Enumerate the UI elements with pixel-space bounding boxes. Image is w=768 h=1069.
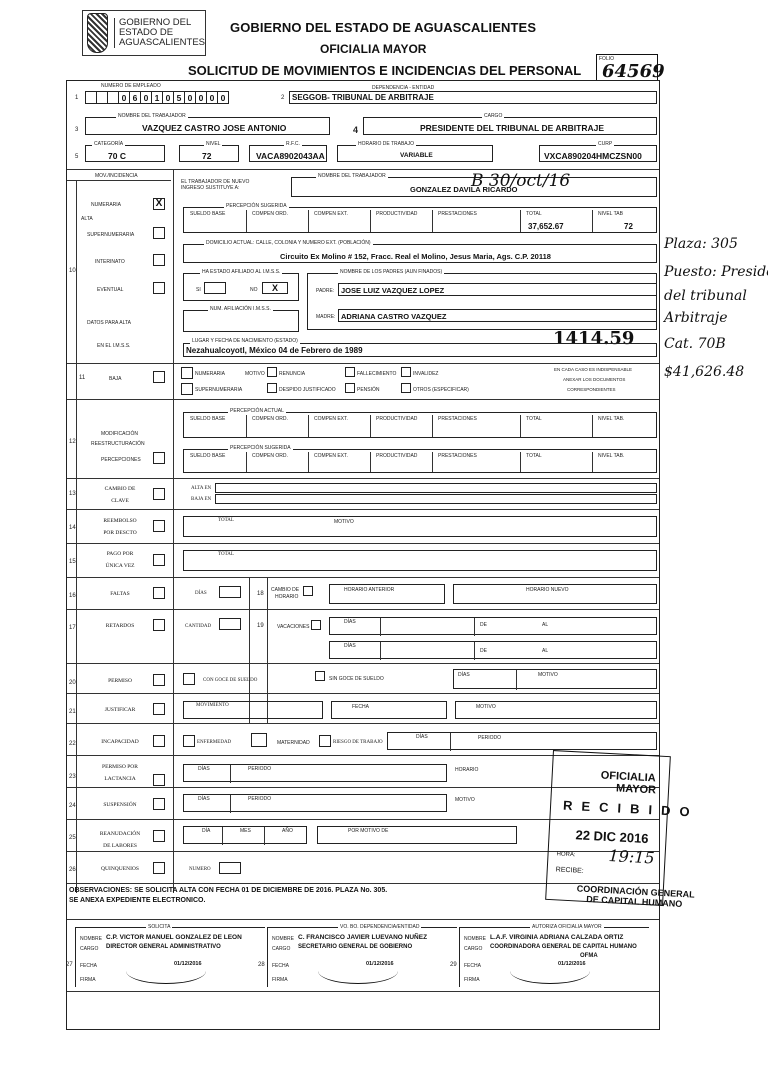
percepcion-sugerida-columns: SUELDO BASECOMPEN ORD.COMPEN EXT.PRODUCT… xyxy=(184,450,656,472)
percepcion-sugerida-mod-table: PERCEPCIÓN SUGERIDA SUELDO BASECOMPEN OR… xyxy=(183,449,657,473)
divider xyxy=(67,509,659,510)
faltas-checkbox[interactable] xyxy=(153,587,165,599)
invalidez-checkbox[interactable] xyxy=(401,367,411,377)
eventual-label: EVENTUAL xyxy=(97,287,123,293)
motivo-label: MOTIVO xyxy=(334,519,354,525)
invalidez-label: INVALIDEZ xyxy=(413,371,438,377)
si-label: SI xyxy=(196,287,201,293)
riesgo-label: RIESGO DE TRABAJO xyxy=(333,740,383,745)
handwritten-note: B 30/oct/16 xyxy=(471,171,570,191)
row-number: 15 xyxy=(69,559,76,565)
nombre-label: NOMBRE xyxy=(464,936,486,942)
field-label: FECHA xyxy=(352,704,369,710)
field-label: DÍAS xyxy=(198,766,210,772)
motivo-label: MOTIVO xyxy=(245,371,265,377)
reembolso-label: POR DESCTO xyxy=(85,527,155,539)
margin-note: del tribunal xyxy=(664,288,747,304)
row-number: 28 xyxy=(258,962,265,968)
fecha-label: FECHA xyxy=(464,963,481,969)
field-label: MOVIMIENTO xyxy=(196,703,229,708)
row-number: 3 xyxy=(75,127,78,133)
row-number: 14 xyxy=(69,525,76,531)
faltas-label: FALTAS xyxy=(85,588,155,600)
nombre-label: NOMBRE xyxy=(272,936,294,942)
column-divider xyxy=(520,210,521,232)
field-label: HORARIO ANTERIOR xyxy=(344,587,394,593)
quinquenios-numero-field[interactable] xyxy=(219,862,241,874)
numeraria-label: NUMERARIA xyxy=(91,202,121,208)
column-header: COMPEN ORD. xyxy=(252,453,288,459)
field-label: HORARIO DE TRABAJO xyxy=(356,141,416,147)
incapacidad-label: INCAPACIDAD xyxy=(85,736,155,748)
column-divider xyxy=(308,210,309,232)
row-number: 19 xyxy=(257,623,264,629)
column-divider xyxy=(592,452,593,472)
divider xyxy=(67,180,171,181)
padre-label: PADRE: xyxy=(316,288,334,294)
field-label: NOMBRE DE LOS PADRES (AUN FINADOS) xyxy=(338,269,444,275)
divider xyxy=(67,991,659,992)
lactancia-label: PERMISO POR xyxy=(85,761,155,773)
employee-digit: 0 xyxy=(218,92,229,104)
nacimiento-field[interactable]: LUGAR Y FECHA DE NACIMIENTO (ESTADO) Nez… xyxy=(183,343,657,357)
employee-digit xyxy=(97,92,108,104)
column-divider xyxy=(246,415,247,437)
logo-text: GOBIERNO DEL ESTADO DE AGUASCALIENTES xyxy=(114,18,205,48)
percepcion-columns: SUELDO BASECOMPEN ORD.COMPEN EXT.PRODUCT… xyxy=(184,208,656,232)
fecha-label: FECHA xyxy=(80,963,97,969)
baja-note: EN CADA CASO ES INDISPENSABLE xyxy=(554,367,632,372)
quinquenios-checkbox[interactable] xyxy=(153,862,165,874)
supernumeraria-checkbox[interactable] xyxy=(153,227,165,239)
sin-goce-checkbox[interactable] xyxy=(315,671,325,681)
observaciones-line-2: SE ANEXA EXPEDIENTE ELECTRONICO. xyxy=(69,897,205,904)
column-divider xyxy=(592,210,593,232)
row-number: 4 xyxy=(353,125,358,135)
baja-en-field[interactable] xyxy=(215,494,657,504)
field-label: DÍAS xyxy=(458,672,470,678)
page-title: GOBIERNO DEL ESTADO DE AGUASCALIENTES xyxy=(230,20,536,35)
pension-checkbox[interactable] xyxy=(345,383,355,393)
column-divider xyxy=(520,415,521,437)
signature-scribble xyxy=(510,958,590,984)
signature-block: Vo. Bo. DEPENDENCIA/ENTIDADNOMBREC. FRAN… xyxy=(267,927,457,987)
worker-name-field[interactable]: NOMBRE DEL TRABAJADOR VAZQUEZ CASTRO JOS… xyxy=(85,117,330,135)
con-goce-checkbox[interactable] xyxy=(183,673,195,685)
employee-digit xyxy=(86,92,97,104)
domicilio-value: Circuito Ex Molino # 152, Fracc. Real el… xyxy=(280,252,551,261)
vacaciones-label: VACACIONES xyxy=(277,624,309,630)
field-label: HORARIO NUEVO xyxy=(526,587,569,593)
modificacion-label: MODIFICACIÓN xyxy=(101,431,138,437)
baja-checkbox[interactable] xyxy=(153,371,165,383)
horario-anterior-field[interactable]: HORARIO ANTERIOR xyxy=(329,584,445,604)
field-label: MOTIVO xyxy=(538,672,558,678)
column-header: PRODUCTIVIDAD xyxy=(376,416,417,422)
stamp-text: RECIBIDO xyxy=(563,798,699,820)
de-label: DE xyxy=(480,622,487,628)
padres-section: NOMBRE DE LOS PADRES (AUN FINADOS) PADRE… xyxy=(307,273,657,330)
divider xyxy=(67,693,659,694)
pago-unica-field[interactable]: TOTAL xyxy=(183,550,657,571)
stamp-text: MAYOR xyxy=(616,782,657,796)
firma-label: FIRMA xyxy=(272,977,288,983)
justificar-checkbox[interactable] xyxy=(153,703,165,715)
column-divider xyxy=(432,210,433,232)
field-label: NOMBRE DEL TRABAJADOR xyxy=(316,173,388,179)
divider xyxy=(67,663,659,664)
signature-scribble xyxy=(318,958,398,984)
column-divider xyxy=(308,415,309,437)
quinquenios-label: QUINQUENIOS xyxy=(85,863,155,875)
fecha-label: FECHA xyxy=(272,963,289,969)
row-number: 2 xyxy=(281,95,284,101)
baja-supernumeraria-label: SUPERNUMERARIA xyxy=(195,387,242,393)
field-label: NUM. AFILIACIÓN I.M.S.S. xyxy=(208,306,273,312)
reembolso-label: REEMBOLSO xyxy=(85,515,155,527)
faltas-dias-field[interactable] xyxy=(219,586,241,598)
field-label: HA ESTADO AFILIADO AL I.M.S.S. xyxy=(200,269,282,275)
column-divider xyxy=(516,670,517,690)
incapacidad-checkbox[interactable] xyxy=(153,735,165,747)
eventual-checkbox[interactable] xyxy=(153,282,165,294)
employee-digit: 0 xyxy=(141,92,152,104)
signature-header: AUTORIZA OFICIALIA MAYOR xyxy=(530,924,604,930)
row-number: 17 xyxy=(69,625,76,631)
lactancia-checkbox[interactable] xyxy=(153,774,165,786)
baja-numeraria-checkbox[interactable] xyxy=(181,367,193,379)
row-number: 21 xyxy=(69,709,76,715)
justificar-label: JUSTIFICAR xyxy=(85,704,155,716)
divider xyxy=(67,543,659,544)
padre-field[interactable]: JOSE LUIZ VAZQUEZ LOPEZ xyxy=(338,283,656,296)
sustituye-label: EL TRABAJADOR DE NUEVO INGRESO SUSTITUYE… xyxy=(181,179,261,191)
retardos-cantidad-field[interactable] xyxy=(219,618,241,630)
baja-numeraria-label: NUMERARIA xyxy=(195,371,225,377)
column-divider xyxy=(432,452,433,472)
enfermedad-checkbox[interactable] xyxy=(183,735,195,747)
worker-name-value: VAZQUEZ CASTRO JOSE ANTONIO xyxy=(142,123,286,133)
domicilio-field[interactable]: DOMICILIO ACTUAL: CALLE, COLONIA Y NUMER… xyxy=(183,244,657,263)
field-label: DÍA xyxy=(202,828,210,834)
divider xyxy=(67,577,659,578)
datos-alta-label: DATOS PARA ALTA xyxy=(87,320,131,326)
row-number: 23 xyxy=(69,774,76,780)
folio-value: 64569 xyxy=(602,61,665,82)
al-label: AL xyxy=(542,648,548,654)
firma-label: FIRMA xyxy=(464,977,480,983)
margin-note: Puesto: Presidente xyxy=(664,264,768,280)
column-header: NIVEL TAB. xyxy=(598,453,624,459)
divider xyxy=(67,399,659,400)
nacimiento-value: Nezahualcoyotl, México 04 de Febrero de … xyxy=(186,346,363,355)
baja-en-label: BAJA EN xyxy=(191,497,211,502)
row-number: 16 xyxy=(69,593,76,599)
row-number: 27 xyxy=(66,962,73,968)
column-header: NIVEL TAB xyxy=(598,211,623,217)
column-divider xyxy=(474,618,475,636)
signature-scribble xyxy=(126,958,206,984)
column-header: PRESTACIONES xyxy=(438,453,477,459)
imss-afiliado-field: HA ESTADO AFILIADO AL I.M.S.S. SI NO X xyxy=(183,273,299,301)
row-number: 26 xyxy=(69,867,76,873)
row-number: 29 xyxy=(450,962,457,968)
employee-number-digits: 0601050000 xyxy=(85,91,229,104)
column-divider xyxy=(370,452,371,472)
employee-digit: 0 xyxy=(207,92,218,104)
reembolso-field[interactable]: TOTAL MOTIVO xyxy=(183,516,657,537)
cambio-horario-label: HORARIO xyxy=(275,594,298,600)
vacaciones-field-2[interactable]: DÍAS DE AL xyxy=(329,641,657,659)
field-label: LUGAR Y FECHA DE NACIMIENTO (ESTADO) xyxy=(190,338,300,344)
field-label: POR MOTIVO DE xyxy=(348,828,388,834)
column-header: COMPEN ORD. xyxy=(252,416,288,422)
row-number: 25 xyxy=(69,835,76,841)
margin-note: Cat. 70B xyxy=(664,336,726,352)
rfc-value: VACA8902043AA xyxy=(256,151,325,161)
employee-digit: 0 xyxy=(196,92,207,104)
con-goce-label: CON GOCE DE SUELDO xyxy=(203,678,257,683)
row-number: 12 xyxy=(69,439,76,445)
margin-note: Plaza: 305 xyxy=(664,236,738,252)
employee-number-field[interactable]: NUMERO DE EMPLEADO 0601050000 xyxy=(85,87,250,103)
suspension-field[interactable]: DÍAS PERIODO xyxy=(183,794,447,812)
field-label: PERIODO xyxy=(248,766,271,772)
horario-field[interactable]: HORARIO DE TRABAJO VARIABLE xyxy=(337,145,493,162)
signature-block: AUTORIZA OFICIALIA MAYORNOMBREL.A.F. VIR… xyxy=(459,927,649,987)
employee-digit: 1 xyxy=(152,92,163,104)
fecha-field[interactable]: FECHA xyxy=(331,701,447,719)
employee-digit: 0 xyxy=(163,92,174,104)
imss-si-checkbox[interactable] xyxy=(204,282,226,294)
incapacidad-field[interactable]: DÍAS PERIODO xyxy=(387,732,657,750)
horario-label: HORARIO xyxy=(455,767,478,773)
field-label: AÑO xyxy=(282,828,293,834)
reanudacion-checkbox[interactable] xyxy=(153,830,165,842)
reestructuracion-label: REESTRUCTURACIÓN xyxy=(91,441,145,447)
permiso-checkbox[interactable] xyxy=(153,674,165,686)
row-number: 5 xyxy=(75,154,78,160)
cambio-horario-checkbox[interactable] xyxy=(303,586,313,596)
nivel-tab-value: 72 xyxy=(624,222,633,231)
madre-label: MADRE: xyxy=(316,314,335,320)
vacaciones-field-1[interactable]: DÍAS DE AL xyxy=(329,617,657,635)
movimiento-field[interactable]: MOVIMIENTO xyxy=(183,701,323,719)
cargo-field[interactable]: CARGO PRESIDENTE DEL TRIBUNAL DE ARBITRA… xyxy=(363,117,657,135)
justificar-motivo-field[interactable]: MOTIVO xyxy=(455,701,657,719)
cantidad-label: CANTIDAD xyxy=(185,624,211,629)
column-header: TOTAL xyxy=(526,416,542,422)
reanudacion-label: REANUDACIÓN xyxy=(85,828,155,840)
stamp-hora-label: HORA: xyxy=(556,851,575,858)
field-label: NIVEL xyxy=(204,141,222,147)
row-number: 1 xyxy=(75,95,78,101)
imss-no-checkbox[interactable]: X xyxy=(262,282,288,294)
cambio-clave-label: CLAVE xyxy=(85,495,155,507)
madre-field[interactable]: ADRIANA CASTRO VAZQUEZ xyxy=(338,309,656,322)
maternidad-label: MATERNIDAD xyxy=(277,740,310,746)
signer-name: C.P. VICTOR MANUEL GONZALEZ DE LEON xyxy=(106,934,242,941)
row-number: 22 xyxy=(69,741,76,747)
lactancia-field[interactable]: DÍAS PERIODO xyxy=(183,764,447,782)
cargo-value: PRESIDENTE DEL TRIBUNAL DE ARBITRAJE xyxy=(420,123,604,133)
signer-name: L.A.F. VIRGINIA ADRIANA CALZADA ORTIZ xyxy=(490,934,623,941)
employee-digit: 0 xyxy=(185,92,196,104)
total-label: TOTAL xyxy=(218,518,234,523)
suspension-checkbox[interactable] xyxy=(153,798,165,810)
row-number: 13 xyxy=(69,491,76,497)
retardos-checkbox[interactable] xyxy=(153,619,165,631)
column-header: COMPEN ORD. xyxy=(252,211,288,217)
nivel-value: 72 xyxy=(202,151,211,161)
divider xyxy=(67,723,659,724)
numeraria-checkbox[interactable]: X xyxy=(153,198,165,210)
modificacion-checkbox[interactable] xyxy=(153,452,165,464)
renuncia-label: RENUNCIA xyxy=(279,371,305,377)
divider xyxy=(67,478,659,479)
column-header: TOTAL xyxy=(526,453,542,459)
stamp-hora: 19:15 xyxy=(608,846,655,867)
signer-cargo: DIRECTOR GENERAL ADMINISTRATIVO xyxy=(106,944,221,950)
field-label: CARGO xyxy=(482,113,504,119)
baja-supernumeraria-checkbox[interactable] xyxy=(181,383,193,395)
despido-checkbox[interactable] xyxy=(267,383,277,393)
employee-digit xyxy=(108,92,119,104)
signer-cargo: COORDINADORA GENERAL DE CAPITAL HUMANO xyxy=(490,944,637,950)
divider xyxy=(67,363,659,364)
field-label: CURP xyxy=(596,141,614,147)
cambio-clave-label: CAMBIO DE xyxy=(85,483,155,495)
horario-value: VARIABLE xyxy=(400,152,433,159)
signer-cargo-2: OFMA xyxy=(580,953,598,959)
field-label: PERIODO xyxy=(248,796,271,802)
margin-note: $41,626.48 xyxy=(664,364,744,380)
categoria-value: 70 C xyxy=(108,151,126,161)
field-label: PERIODO xyxy=(478,735,501,741)
received-stamp: OFICIALIA MAYOR RECIBIDO 22 DIC 2016 HOR… xyxy=(545,750,671,906)
field-label: NOMBRE DEL TRABAJADOR xyxy=(116,113,188,119)
retardos-label: RETARDOS xyxy=(85,620,155,632)
column-header: PRODUCTIVIDAD xyxy=(376,453,417,459)
employee-digit: 5 xyxy=(174,92,185,104)
total-label: TOTAL xyxy=(218,552,234,557)
mov-incidencia-header: MOV./INCIDENCIA xyxy=(95,173,138,179)
column-divider xyxy=(173,169,174,893)
dias-label: DÍAS xyxy=(195,591,207,596)
maternidad-checkbox[interactable] xyxy=(251,733,267,747)
cambio-clave-checkbox[interactable] xyxy=(153,488,165,500)
column-header: TOTAL xyxy=(526,211,542,217)
column-header: SUELDO BASE xyxy=(190,211,225,217)
stamp-date: 22 DIC 2016 xyxy=(575,827,649,846)
column-divider xyxy=(450,733,451,751)
reembolso-checkbox[interactable] xyxy=(153,520,165,532)
imss-label: EN EL I.M.S.S. xyxy=(97,343,130,349)
motivo-label: MOTIVO xyxy=(455,797,475,803)
column-header: COMPEN EXT. xyxy=(314,453,348,459)
pension-label: PENSIÓN xyxy=(357,387,380,393)
signature-header: SOLICITA xyxy=(146,924,172,930)
renuncia-checkbox[interactable] xyxy=(267,367,277,377)
por-motivo-field[interactable]: POR MOTIVO DE xyxy=(317,826,517,844)
column-divider xyxy=(380,642,381,660)
column-header: SUELDO BASE xyxy=(190,416,225,422)
rfc-field[interactable]: R.F.C. VACA8902043AA xyxy=(249,145,327,162)
percepcion-sugerida-table: PERCEPCIÓN SUGERIDA SUELDO BASECOMPEN OR… xyxy=(183,207,657,233)
page-subtitle: OFICIALIA MAYOR xyxy=(320,42,426,56)
row-number: 10 xyxy=(69,268,76,274)
pago-unica-checkbox[interactable] xyxy=(153,554,165,566)
supernumeraria-label: SUPERNUMERARIA xyxy=(87,232,134,238)
signer-name: C. FRANCISCO JAVIER LUEVANO NUÑEZ xyxy=(298,934,427,941)
stamp-recibe-label: RECIBE: xyxy=(556,866,584,874)
vacaciones-checkbox[interactable] xyxy=(311,620,321,630)
baja-label: BAJA xyxy=(109,376,122,382)
enfermedad-label: ENFERMEDAD xyxy=(197,740,231,745)
suspension-label: SUSPENSIÓN xyxy=(85,799,155,811)
column-header: NIVEL TAB. xyxy=(598,416,624,422)
alta-en-label: ALTA EN xyxy=(191,486,211,491)
curp-value: VXCA890204HMCZSN00 xyxy=(544,151,642,161)
alta-label: ALTA xyxy=(81,216,93,222)
alta-en-field[interactable] xyxy=(215,483,657,493)
numero-label: NUMERO xyxy=(189,867,211,872)
column-divider xyxy=(520,452,521,472)
lactancia-label: LACTANCIA xyxy=(85,773,155,785)
afiliacion-field[interactable]: NUM. AFILIACIÓN I.M.S.S. xyxy=(183,310,299,332)
employee-digit: 0 xyxy=(119,92,130,104)
government-logo: GOBIERNO DEL ESTADO DE AGUASCALIENTES xyxy=(82,10,206,56)
curp-field[interactable]: CURP VXCA890204HMCZSN00 xyxy=(539,145,657,162)
cargo-label: CARGO xyxy=(464,946,482,952)
signature-block: SOLICITANOMBREC.P. VICTOR MANUEL GONZALE… xyxy=(75,927,265,987)
dependencia-field[interactable]: DEPENDENCIA - ENTIDAD SEGGOB- TRIBUNAL D… xyxy=(289,91,657,104)
employee-digit: 6 xyxy=(130,92,141,104)
percepcion-actual-table: PERCEPCIÓN ACTUAL SUELDO BASECOMPEN ORD.… xyxy=(183,412,657,438)
total-value: 37,652.67 xyxy=(528,222,564,231)
column-divider xyxy=(308,452,309,472)
categoria-field[interactable]: CATEGORÍA 70 C xyxy=(85,145,165,162)
folio-box: FOLIO 64569 xyxy=(596,54,658,81)
permiso-label: PERMISO xyxy=(85,675,155,687)
reanudacion-fecha-field[interactable]: DÍA MES AÑO xyxy=(183,826,307,844)
otros-checkbox[interactable] xyxy=(401,383,411,393)
padre-value: JOSE LUIZ VAZQUEZ LOPEZ xyxy=(341,286,444,295)
divider xyxy=(67,919,659,920)
dependencia-value: SEGGOB- TRIBUNAL DE ARBITRAJE xyxy=(292,93,434,102)
fallecimiento-checkbox[interactable] xyxy=(345,367,355,377)
pago-unica-label: ÚNICA VEZ xyxy=(85,560,155,572)
pago-unica-label: PAGO POR xyxy=(85,548,155,560)
nivel-field[interactable]: NIVEL 72 xyxy=(179,145,239,162)
cargo-label: CARGO xyxy=(272,946,290,952)
interinato-checkbox[interactable] xyxy=(153,254,165,266)
permiso-field[interactable]: DÍAS MOTIVO xyxy=(453,669,657,689)
cargo-label: CARGO xyxy=(80,946,98,952)
row-number: 20 xyxy=(69,680,76,686)
no-label: NO xyxy=(250,287,258,293)
field-label: MES xyxy=(240,828,251,834)
horario-nuevo-field[interactable]: HORARIO NUEVO xyxy=(453,584,657,604)
column-divider xyxy=(592,415,593,437)
field-label: DÍAS xyxy=(416,734,428,740)
signer-cargo: SECRETARIO GENERAL DE GOBIERNO xyxy=(298,944,412,950)
column-divider xyxy=(230,795,231,813)
column-divider xyxy=(246,452,247,472)
riesgo-checkbox[interactable] xyxy=(319,735,331,747)
nombre-label: NOMBRE xyxy=(80,936,102,942)
column-divider xyxy=(230,765,231,783)
